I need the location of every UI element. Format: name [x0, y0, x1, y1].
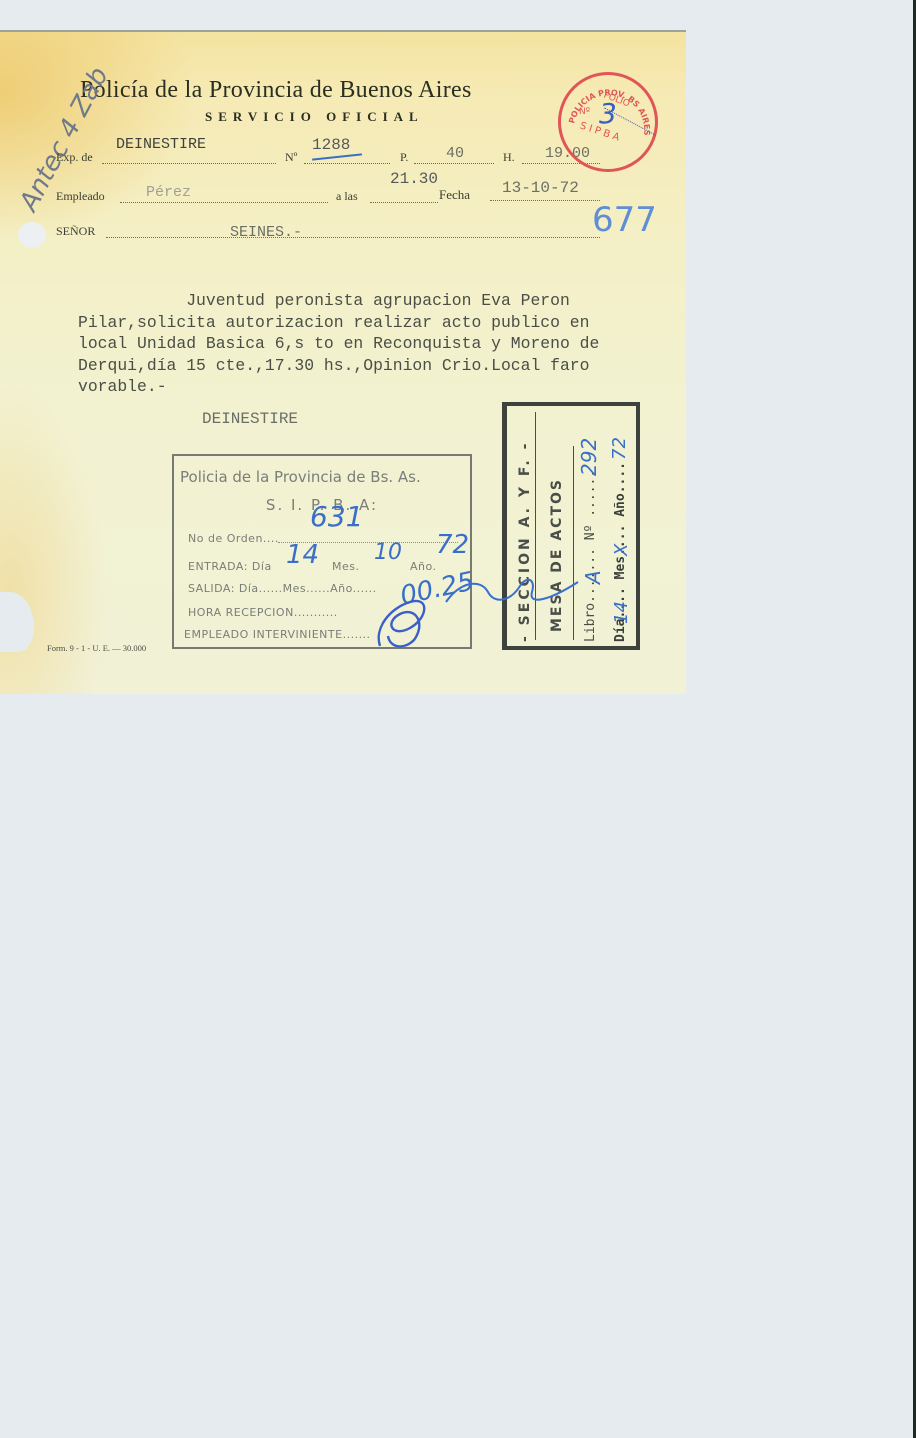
- folio-stamp: POLICIA PROV. BS AIRES FOLIO Nº 3 SIPBA: [558, 72, 658, 172]
- fecha-value: 13-10-72: [502, 179, 579, 197]
- handwritten-side-number: 677: [592, 200, 657, 240]
- punch-hole: [18, 222, 46, 248]
- underline-ink-mark: [312, 153, 362, 160]
- exp-de-line: [102, 162, 276, 164]
- empleado-line: [120, 201, 328, 203]
- entrada-dia: 14: [286, 540, 319, 570]
- body-line: Derqui,día 15 cte.,17.30 hs.,Opinion Cri…: [78, 355, 698, 377]
- seccion-ano-value: 72: [609, 437, 630, 460]
- p-value: 40: [446, 145, 464, 162]
- body-text: Juventud peronista agrupacion Eva PeronP…: [78, 290, 698, 398]
- salida-label: SALIDA: Día......Mes......Año......: [188, 582, 377, 595]
- h-label: H.: [503, 150, 515, 165]
- fecha-line: [490, 199, 600, 201]
- body-line: Pilar,solicita autorizacion realizar act…: [78, 312, 698, 334]
- signature-scribble-icon: [370, 588, 440, 652]
- entrada-mes-label: Mes.: [332, 560, 360, 573]
- entrada-label: ENTRADA: Día: [188, 560, 272, 573]
- body-line: Juventud peronista agrupacion Eva Peron: [78, 290, 698, 312]
- paper-tear: [0, 592, 34, 652]
- document-subtitle: SERVICIO OFICIAL: [205, 109, 424, 125]
- empleado-interviniente-label: EMPLEADO INTERVINIENTE.......: [184, 628, 371, 641]
- numero-line: [304, 162, 390, 164]
- document-title: Policía de la Provincia de Buenos Aires: [80, 77, 472, 104]
- p-label: P.: [400, 150, 408, 165]
- p-line: [414, 162, 494, 164]
- folio-no-label: Nº: [579, 107, 590, 117]
- entrada-mes: 10: [374, 540, 402, 565]
- seccion-dia-value: 14: [611, 601, 632, 624]
- fecha-label: Fecha: [439, 187, 470, 203]
- numero-label: Nº: [285, 150, 297, 165]
- senor-value: SEINES.-: [230, 224, 302, 241]
- a-las-line: [370, 201, 438, 203]
- entrada-ano: 72: [436, 530, 469, 560]
- sipba-stamp: Policia de la Provincia de Bs. As. S. I.…: [172, 454, 472, 649]
- entrada-ano-label: Año.: [410, 560, 437, 573]
- exp-de-label: Exp. de: [56, 150, 93, 165]
- exp-de-value: DEINESTIRE: [116, 136, 206, 153]
- sipba-stamp-title: Policia de la Provincia de Bs. As.: [180, 468, 421, 486]
- empleado-value: Pérez: [146, 184, 191, 201]
- empleado-label: Empleado: [56, 189, 105, 204]
- hora-recepcion-label: HORA RECEPCION...........: [188, 606, 338, 619]
- senor-label: SEÑOR: [56, 224, 95, 239]
- a-las-value: 21.30: [390, 170, 438, 188]
- body-line: local Unidad Basica 6,s to en Reconquist…: [78, 333, 698, 355]
- senor-line: [106, 236, 600, 238]
- document-page: Policía de la Provincia de Buenos Aires …: [0, 30, 686, 694]
- body-line: vorable.-: [78, 376, 698, 398]
- seccion-mes-value: X: [611, 544, 632, 556]
- form-footer-code: Form. 9 - 1 - U. E. — 30.000: [47, 643, 146, 653]
- libro-numero-value: 292: [577, 438, 601, 476]
- numero-value: 1288: [312, 136, 350, 154]
- a-las-label: a las: [336, 189, 358, 204]
- signature-typed: DEINESTIRE: [202, 410, 298, 428]
- orden-value: 631: [310, 500, 363, 533]
- signature-scribble-2-icon: [440, 562, 590, 622]
- orden-label: No de Orden....: [188, 532, 279, 545]
